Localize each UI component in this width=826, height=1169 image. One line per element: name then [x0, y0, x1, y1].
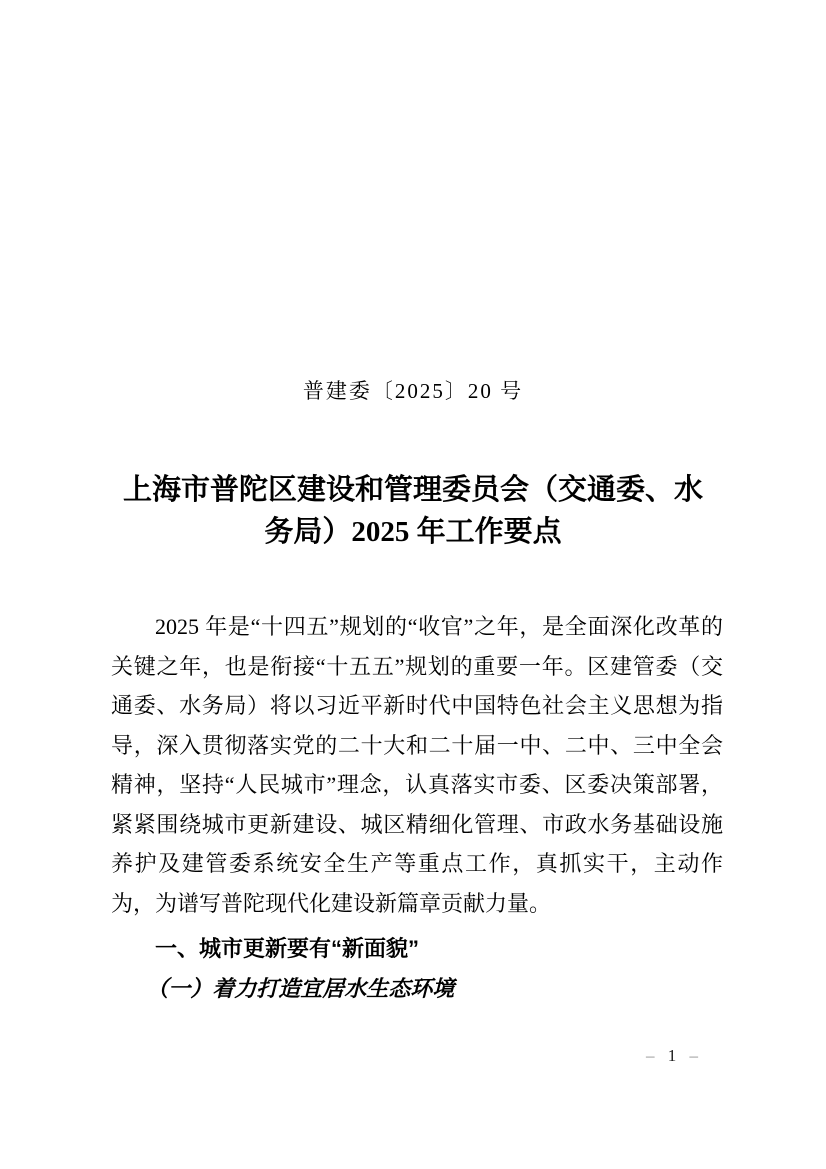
subsection-heading-1-1: （一）着力打造宜居水生态环境: [111, 969, 723, 1009]
title-line-2: 务局）2025 年工作要点: [70, 511, 756, 553]
page-number: – 1 –: [646, 1046, 698, 1066]
page-number-dash-right: –: [690, 1046, 699, 1065]
page-number-dash-left: –: [646, 1046, 655, 1065]
document-page: 普建委〔2025〕20 号 上海市普陀区建设和管理委员会（交通委、水 务局）20…: [0, 0, 826, 1169]
page-number-value: 1: [668, 1046, 677, 1065]
doc-number: 普建委〔2025〕20 号: [0, 378, 826, 405]
document-title: 上海市普陀区建设和管理委员会（交通委、水 务局）2025 年工作要点: [70, 469, 756, 553]
intro-paragraph: 2025 年是“十四五”规划的“收官”之年，是全面深化改革的关键之年，也是衔接“…: [111, 607, 723, 923]
document-body: 2025 年是“十四五”规划的“收官”之年，是全面深化改革的关键之年，也是衔接“…: [111, 607, 723, 1008]
title-line-1: 上海市普陀区建设和管理委员会（交通委、水: [70, 469, 756, 511]
section-heading-1: 一、城市更新要有“新面貌”: [111, 929, 723, 969]
